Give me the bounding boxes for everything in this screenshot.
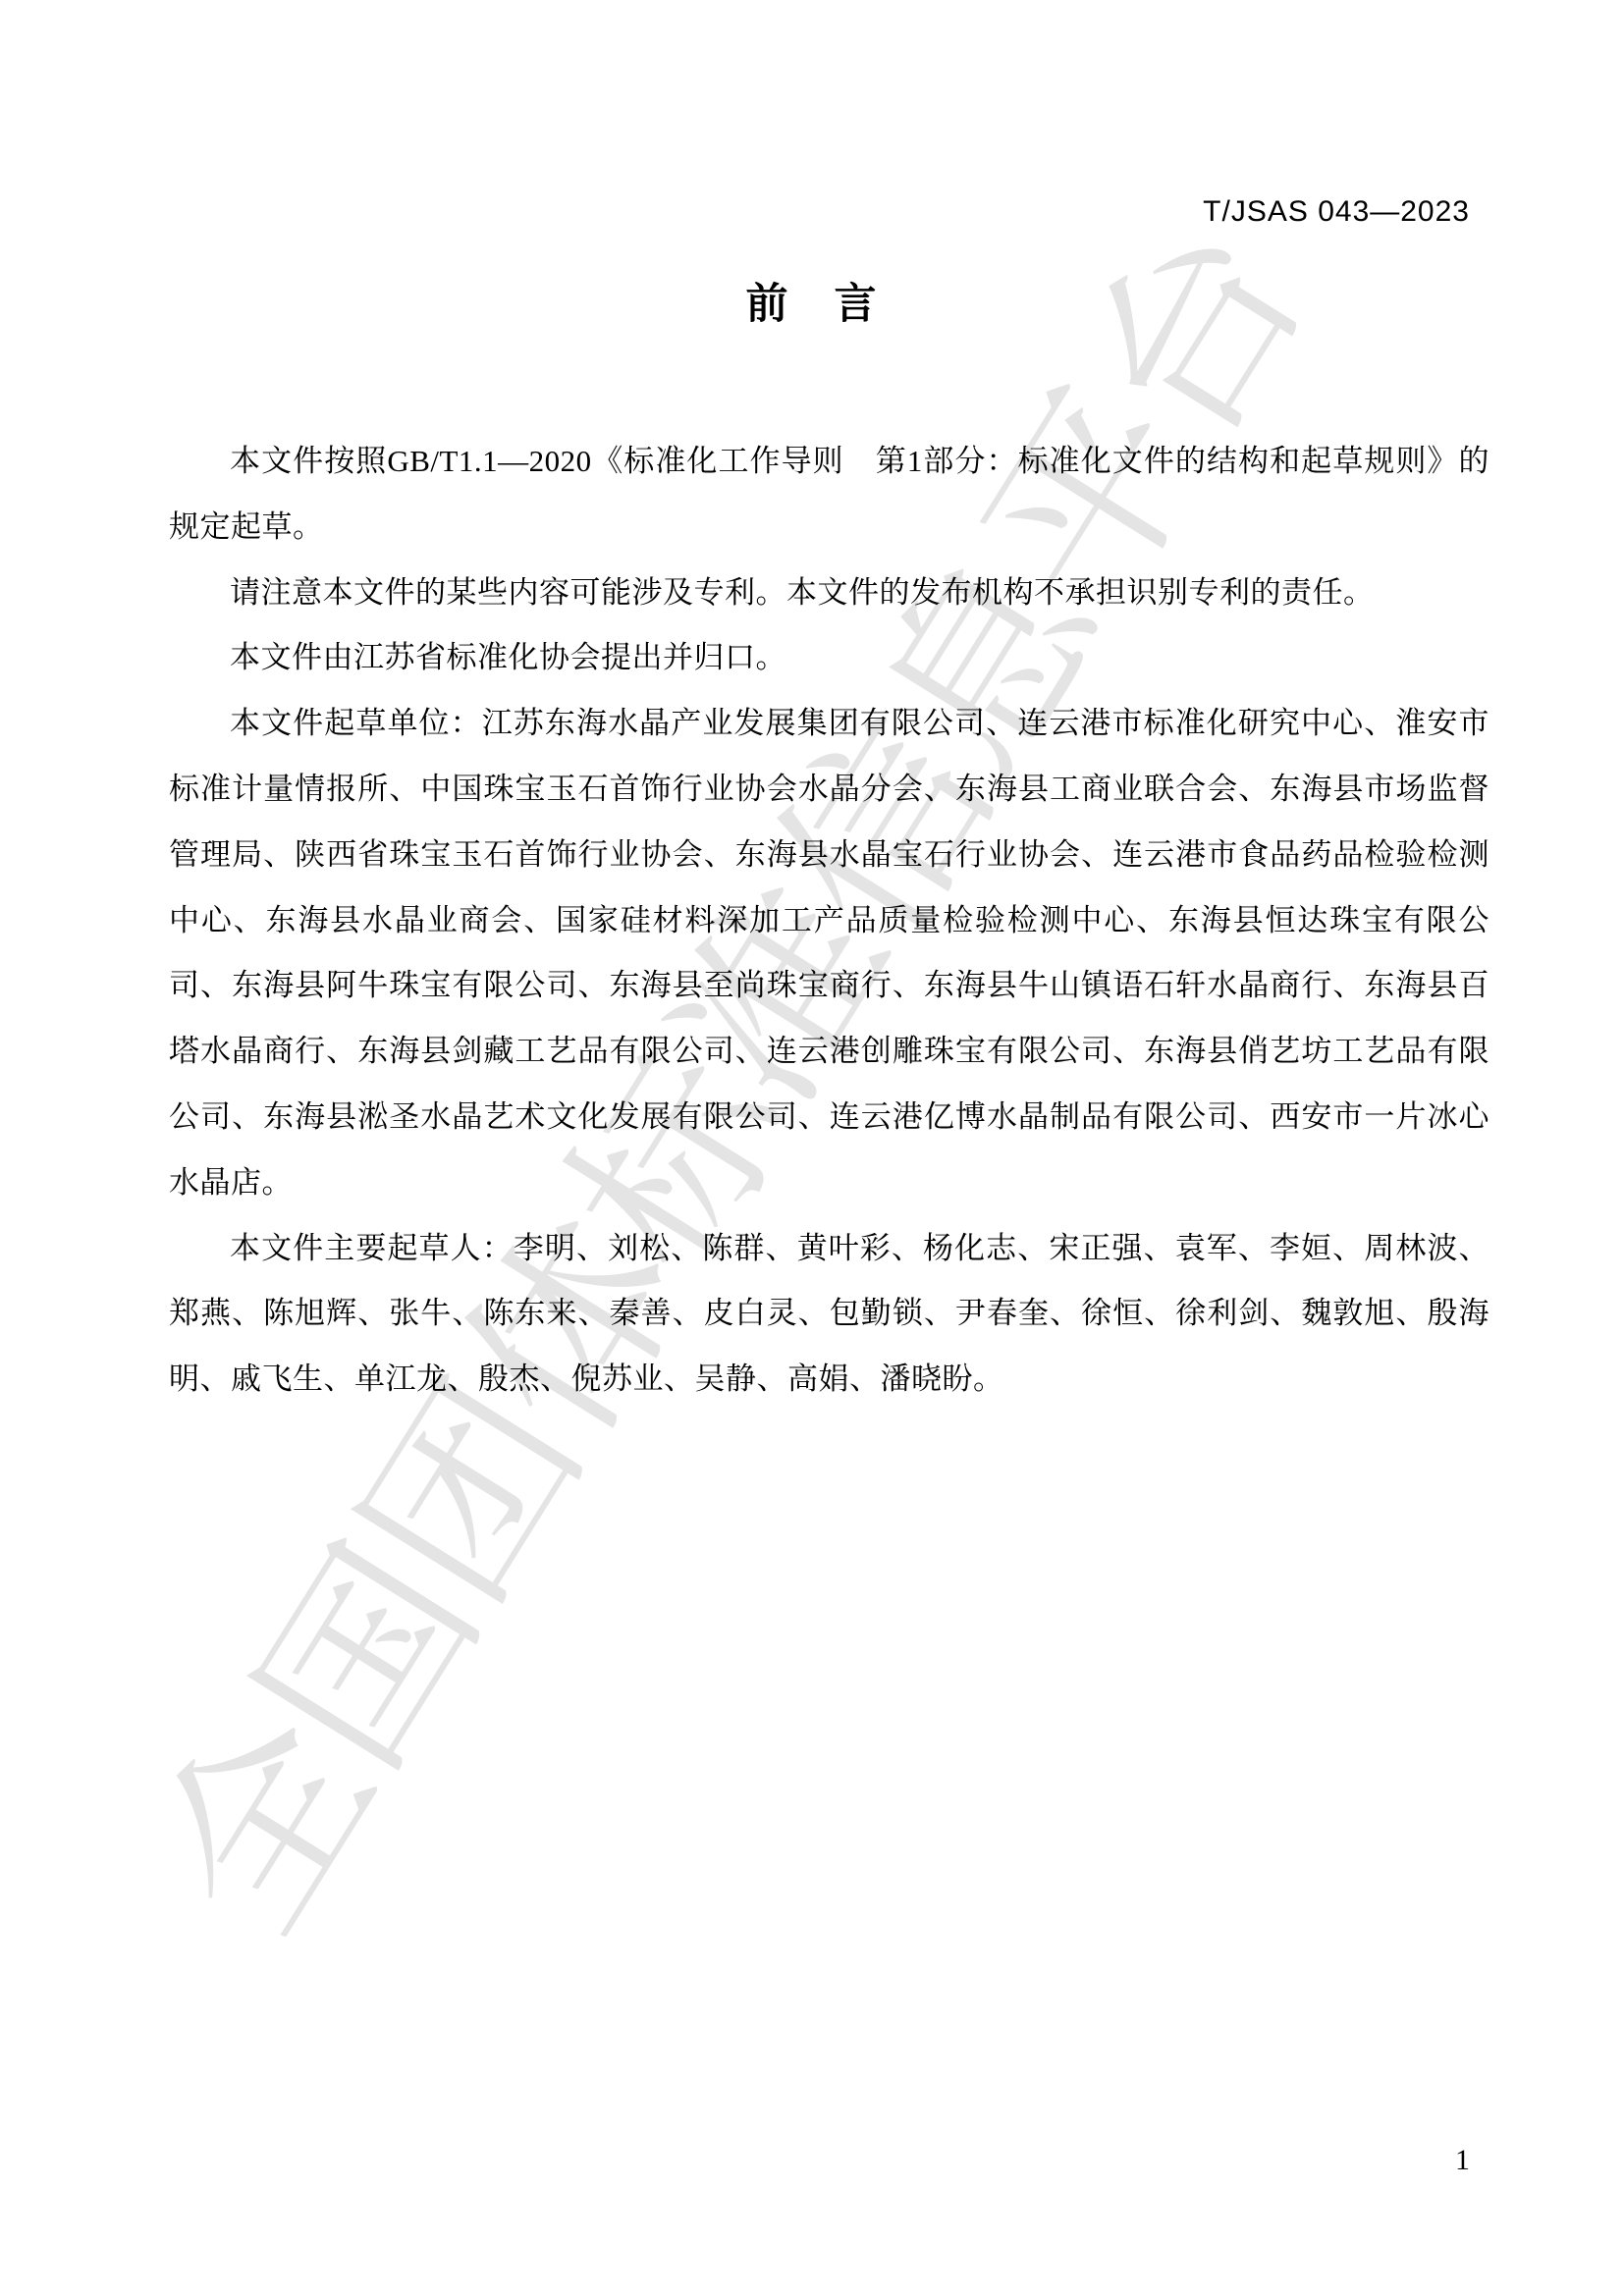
- foreword-paragraph-proposer: 本文件由江苏省标准化协会提出并归口。: [169, 625, 1489, 691]
- page-number: 1: [1455, 2144, 1470, 2177]
- foreword-paragraph-drafting-rules: 本文件按照GB/T1.1—2020《标准化工作导则 第1部分：标准化文件的结构和…: [169, 429, 1489, 561]
- document-page: 全国团体标准信息平台 T/JSAS 043—2023 前 言 本文件按照GB/T…: [0, 0, 1624, 2296]
- standard-code: T/JSAS 043—2023: [1203, 195, 1470, 229]
- page-title: 前 言: [0, 271, 1624, 331]
- foreword-paragraph-drafters: 本文件主要起草人：李明、刘松、陈群、黄叶彩、杨化志、宋正强、袁军、李姮、周林波、…: [169, 1216, 1489, 1413]
- foreword-body: 本文件按照GB/T1.1—2020《标准化工作导则 第1部分：标准化文件的结构和…: [169, 429, 1489, 1413]
- foreword-paragraph-patent-notice: 请注意本文件的某些内容可能涉及专利。本文件的发布机构不承担识别专利的责任。: [169, 561, 1489, 626]
- foreword-paragraph-drafting-units: 本文件起草单位：江苏东海水晶产业发展集团有限公司、连云港市标准化研究中心、淮安市…: [169, 691, 1489, 1215]
